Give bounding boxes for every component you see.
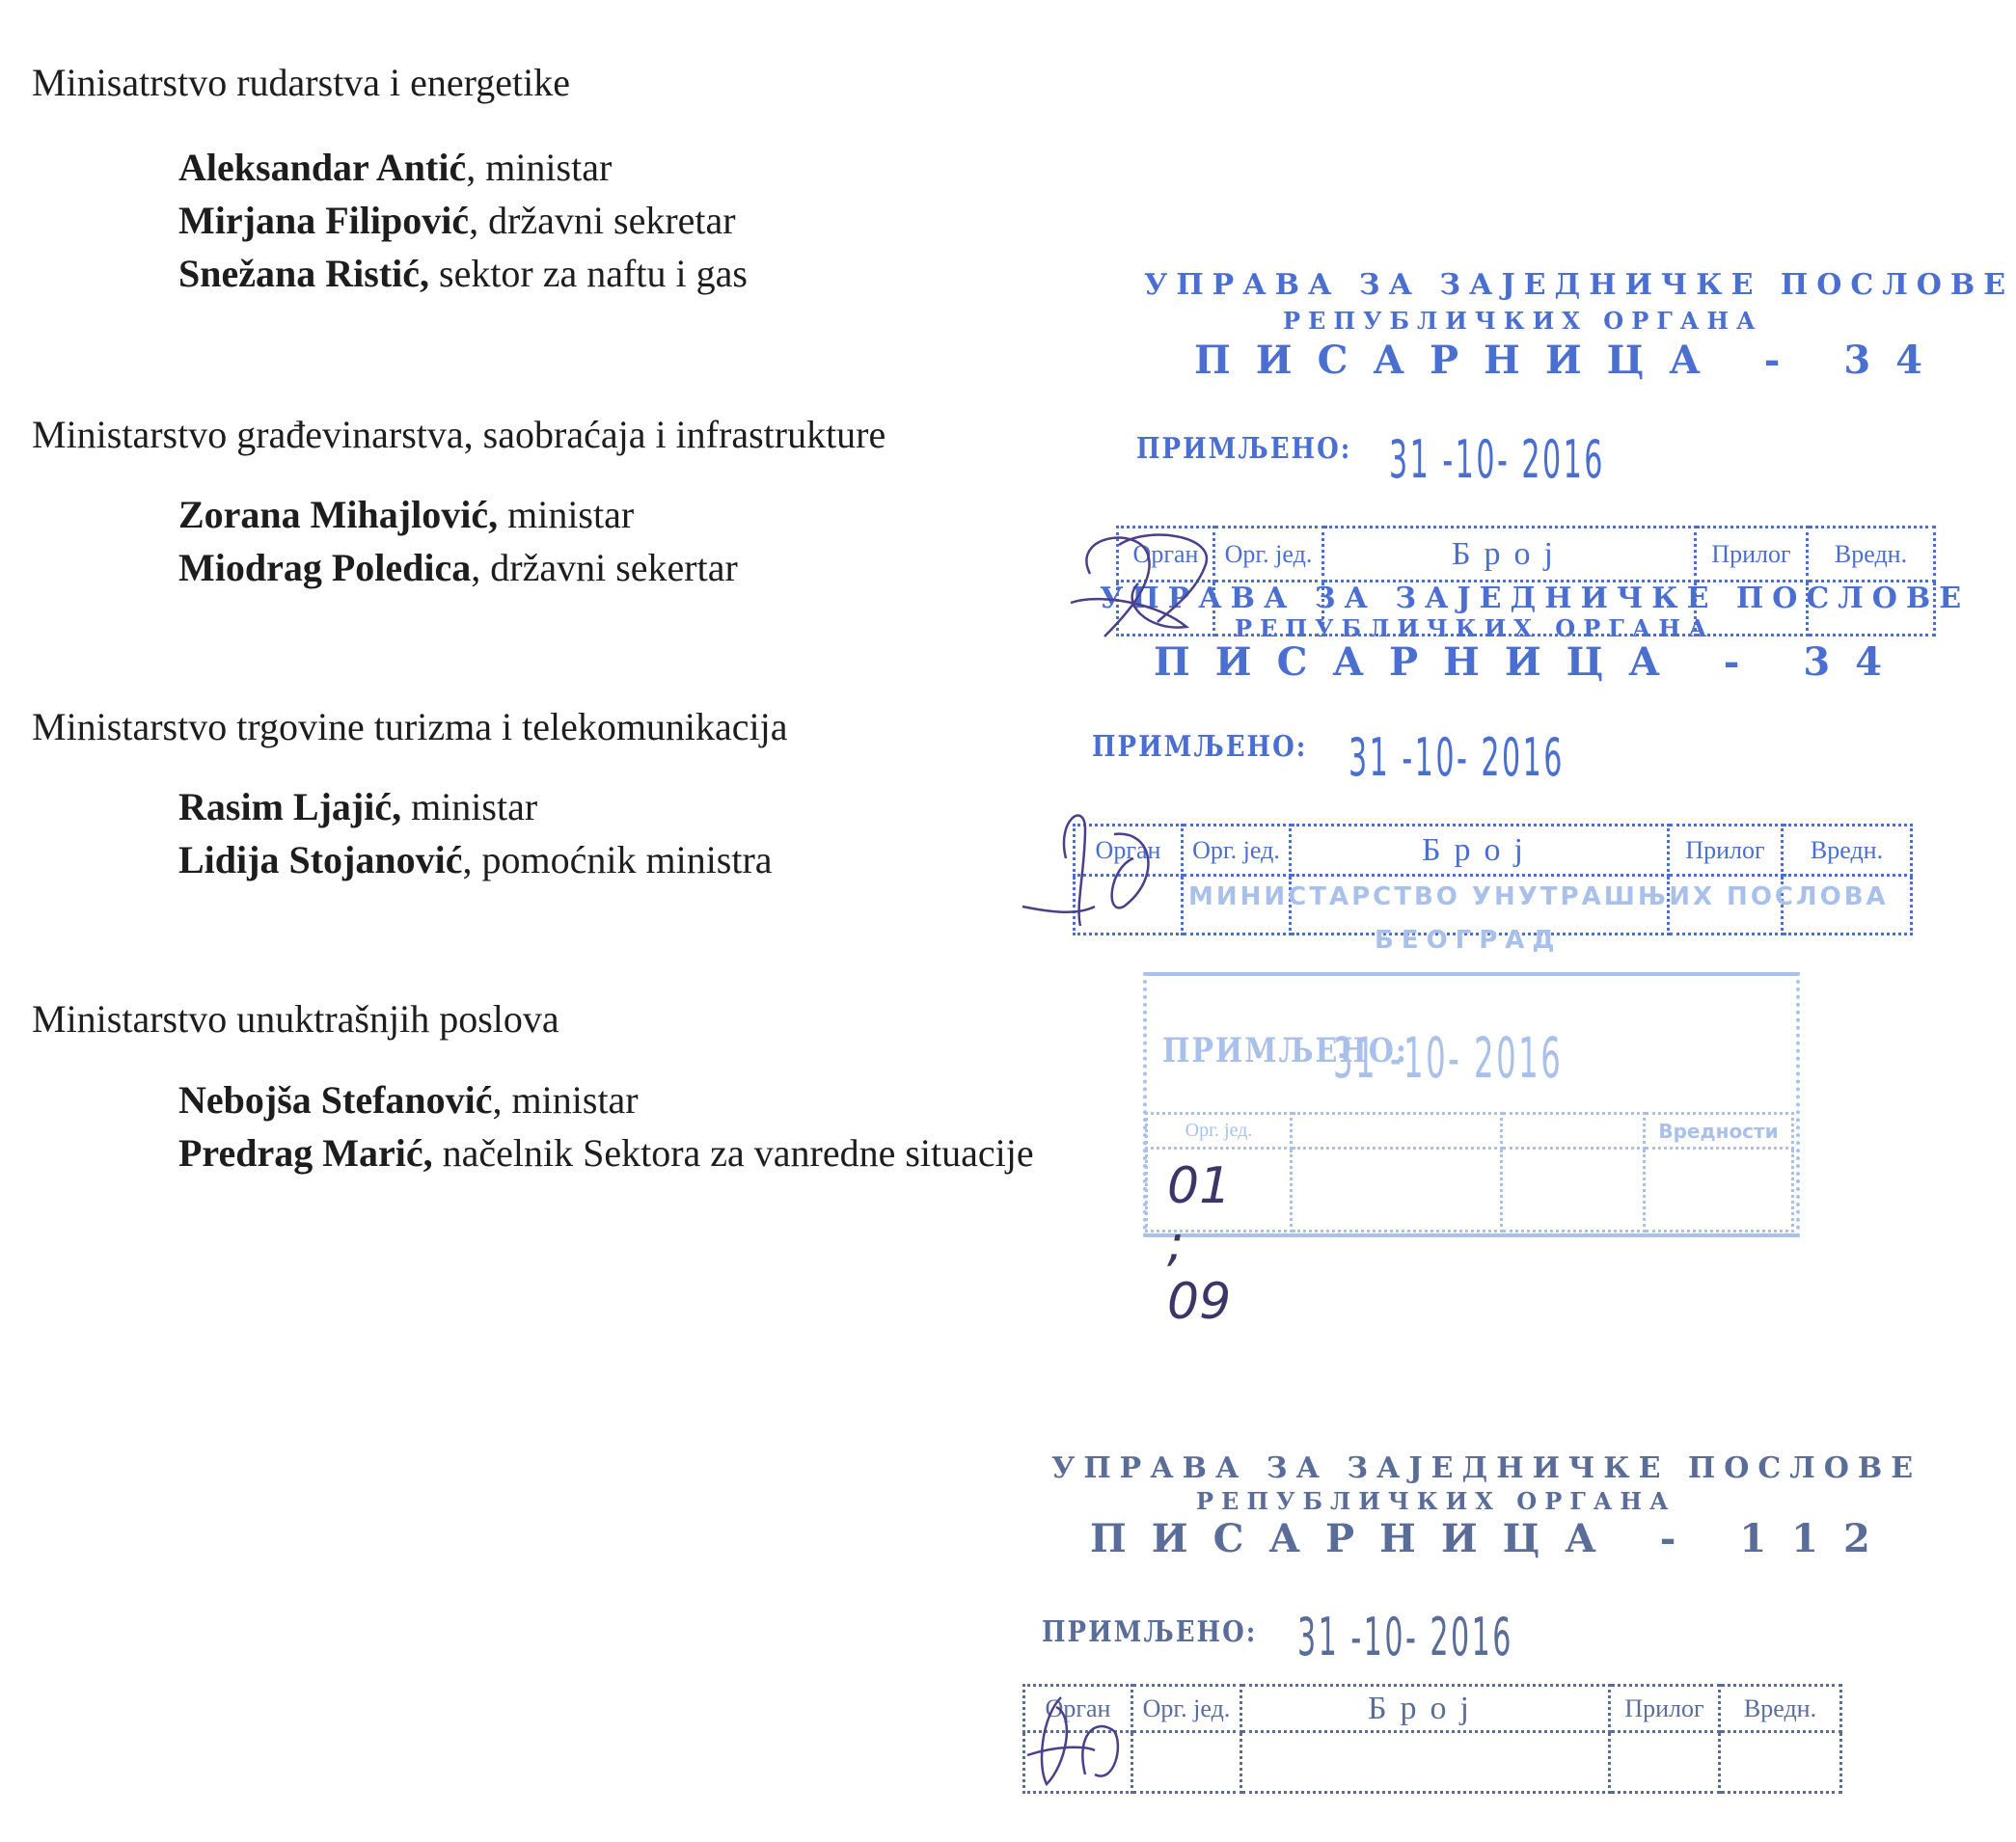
overprint-city: БЕОГРАД — [1375, 926, 1563, 955]
person-line: Mirjana Filipović, državni sekretar — [178, 198, 736, 244]
stamp-title: УПРАВА ЗА ЗАЈЕДНИЧКЕ ПОСЛОВЕ — [1144, 268, 2014, 302]
stamp-subtitle: РЕПУБЛИЧКИХ ОРГАНА — [1196, 1487, 1676, 1515]
col-number — [1292, 1114, 1502, 1149]
person-name: Predrag Marić, — [178, 1131, 433, 1175]
stamp-office: ПИСАРНИЦА - 112 — [1090, 1516, 1895, 1561]
person-name: Snežana Ristić, — [178, 252, 429, 295]
registry-table: Орган Орг. јед. Број Прилог Вредн. — [1073, 824, 1913, 935]
person-name: Rasim Ljajić, — [178, 785, 401, 828]
received-date: 31 -10- 2016 — [1389, 429, 1605, 490]
person-role: sektor za naftu i gas — [429, 252, 748, 295]
person-line: Zorana Mihajlović, ministar — [178, 492, 634, 538]
received-date: 31 -10- 2016 — [1333, 1025, 1563, 1091]
registry-table: Орг. јед. Вредности — [1145, 1112, 1794, 1233]
col-attachment: Прилог — [1669, 826, 1783, 876]
col-values: Вредности — [1645, 1114, 1793, 1149]
person-line: Lidija Stojanović, pomoćnik ministra — [178, 837, 773, 883]
person-role: ministar — [401, 785, 537, 828]
col-organ: Орган — [1118, 528, 1214, 582]
col-org-unit: Орг. јед. — [1183, 826, 1291, 876]
registry-table: Орган Орг. јед. Број Прилог Вредн. — [1022, 1684, 1842, 1794]
received-date: 31 -10- 2016 — [1297, 1607, 1513, 1667]
person-name: Aleksandar Antić — [178, 146, 466, 189]
person-role: načelnik Sektora za vanredne situacije — [433, 1131, 1034, 1175]
handwritten-number: 01 ; 09 — [1167, 1157, 1231, 1331]
col-organ: Орган — [1024, 1686, 1132, 1732]
person-line: Miodrag Poledica, državni sekertar — [178, 545, 738, 591]
person-name: Lidija Stojanović — [178, 838, 462, 881]
stamp-title: УПРАВА ЗА ЗАЈЕДНИЧКЕ ПОСЛОВЕ — [1051, 1451, 1921, 1485]
col-number: Број — [1291, 826, 1669, 876]
col-attachment — [1502, 1114, 1645, 1149]
person-role: , državni sekretar — [469, 199, 736, 242]
col-attachment: Прилог — [1610, 1686, 1720, 1732]
stamp-subtitle: РЕПУБЛИЧКИХ ОРГАНА — [1235, 614, 1715, 642]
received-label: ПРИМЉЕНО: — [1092, 731, 1307, 765]
col-number: Број — [1323, 528, 1696, 582]
received-label: ПРИМЉЕНО: — [1136, 433, 1351, 467]
person-line: Aleksandar Antić, ministar — [178, 145, 612, 191]
col-value: Вредн. — [1720, 1686, 1841, 1732]
person-role: , državni sekertar — [471, 546, 738, 589]
person-role: ministar — [498, 493, 634, 536]
col-org-unit: Орг. јед. — [1147, 1114, 1292, 1149]
overprint-ministry: МИНИСТАРСТВО УНУТРАШЊИХ ПОСЛОВА — [1188, 882, 1889, 911]
ministry-heading: Ministarstvo unuktrašnjih poslova — [32, 996, 559, 1043]
ministry-heading: Ministarstvo građevinarstva, saobraćaja … — [32, 412, 885, 458]
person-line: Nebojša Stefanović, ministar — [178, 1077, 639, 1124]
person-name: Zorana Mihajlović, — [178, 493, 498, 536]
received-label: ПРИМЉЕНО: — [1042, 1616, 1257, 1650]
person-role: , pomoćnik ministra — [462, 838, 772, 881]
col-org-unit: Орг. јед. — [1132, 1686, 1241, 1732]
received-date: 31 -10- 2016 — [1349, 727, 1565, 788]
person-line: Snežana Ristić, sektor za naftu i gas — [178, 251, 748, 297]
col-organ: Орган — [1075, 826, 1183, 876]
col-value: Вредн. — [1808, 528, 1935, 582]
stamp-subtitle: РЕПУБЛИЧКИХ ОРГАНА — [1283, 307, 1763, 335]
person-line: Predrag Marić, načelnik Sektora za vanre… — [178, 1130, 1034, 1177]
col-org-unit: Орг. јед. — [1214, 528, 1323, 582]
stamp-office: ПИСАРНИЦА - 34 — [1194, 338, 1948, 383]
ministry-heading: Ministarstvo trgovine turizma i telekomu… — [32, 704, 788, 750]
person-name: Mirjana Filipović — [178, 199, 469, 242]
stamp-title: УПРАВА ЗА ЗАЈЕДНИЧКЕ ПОСЛОВЕ — [1100, 582, 1970, 615]
person-name: Nebojša Stefanović — [178, 1078, 493, 1122]
col-value: Вредн. — [1783, 826, 1912, 876]
col-number: Број — [1241, 1686, 1610, 1732]
col-attachment: Прилог — [1696, 528, 1808, 582]
person-role: , ministar — [466, 146, 612, 189]
ministry-heading: Minisatrstvo rudarstva i energetike — [32, 60, 570, 106]
person-line: Rasim Ljajić, ministar — [178, 784, 537, 830]
person-role: , ministar — [493, 1078, 639, 1122]
stamp-office: ПИСАРНИЦА - 34 — [1154, 639, 1907, 685]
person-name: Miodrag Poledica — [178, 546, 471, 589]
